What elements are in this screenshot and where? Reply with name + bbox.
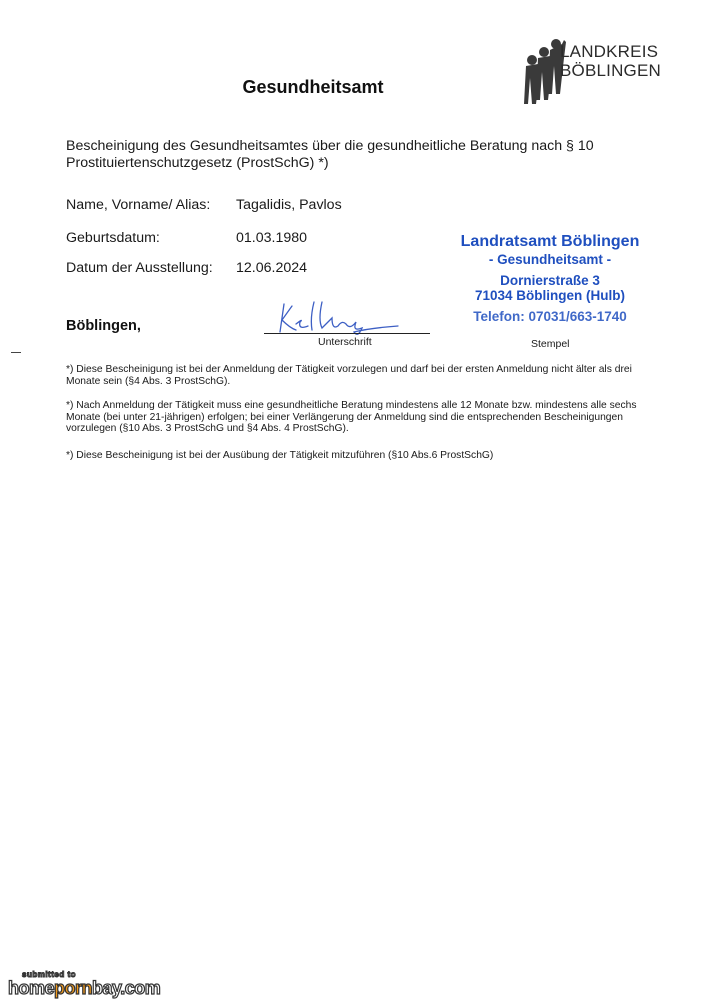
issue-date-value: 12.06.2024 bbox=[236, 260, 307, 276]
margin-mark bbox=[11, 352, 21, 353]
stamp-department: - Gesundheitsamt - bbox=[440, 251, 660, 268]
footnote-2: *) Nach Anmeldung der Tätigkeit muss ein… bbox=[66, 400, 666, 435]
issue-date-label: Datum der Ausstellung: bbox=[66, 260, 213, 276]
birthdate-value: 01.03.1980 bbox=[236, 230, 307, 246]
signature-label: Unterschrift bbox=[318, 336, 372, 348]
watermark-part-porn: porn bbox=[54, 978, 92, 998]
footnote-3: *) Diese Bescheinigung ist bei der Ausüb… bbox=[66, 450, 666, 462]
handwritten-signature bbox=[270, 298, 410, 338]
logo-line-1: LANDKREIS bbox=[560, 42, 661, 61]
logo-text: LANDKREIS BÖBLINGEN bbox=[560, 42, 661, 80]
watermark: submitted to homepornbay.com bbox=[8, 970, 160, 997]
name-value: Tagalidis, Pavlos bbox=[236, 197, 342, 213]
watermark-part-home: home bbox=[8, 978, 54, 998]
stamp-office: Landratsamt Böblingen bbox=[440, 232, 660, 251]
birthdate-label: Geburtsdatum: bbox=[66, 230, 160, 246]
stamp-label: Stempel bbox=[531, 338, 570, 350]
page-title: Gesundheitsamt bbox=[0, 77, 626, 98]
stamp-city: 71034 Böblingen (Hulb) bbox=[440, 288, 660, 303]
official-stamp: Landratsamt Böblingen - Gesundheitsamt -… bbox=[440, 232, 660, 325]
watermark-part-com: bay.com bbox=[92, 978, 160, 998]
name-label: Name, Vorname/ Alias: bbox=[66, 197, 210, 213]
watermark-brand: homepornbay.com bbox=[8, 979, 160, 997]
stamp-phone: Telefon: 07031/663-1740 bbox=[440, 309, 660, 325]
certificate-description: Bescheinigung des Gesundheitsamtes über … bbox=[66, 138, 626, 172]
footnote-1: *) Diese Bescheinigung ist bei der Anmel… bbox=[66, 364, 666, 387]
signature-line bbox=[264, 333, 430, 334]
stamp-street: Dornierstraße 3 bbox=[440, 274, 660, 288]
place-label: Böblingen, bbox=[66, 318, 141, 334]
